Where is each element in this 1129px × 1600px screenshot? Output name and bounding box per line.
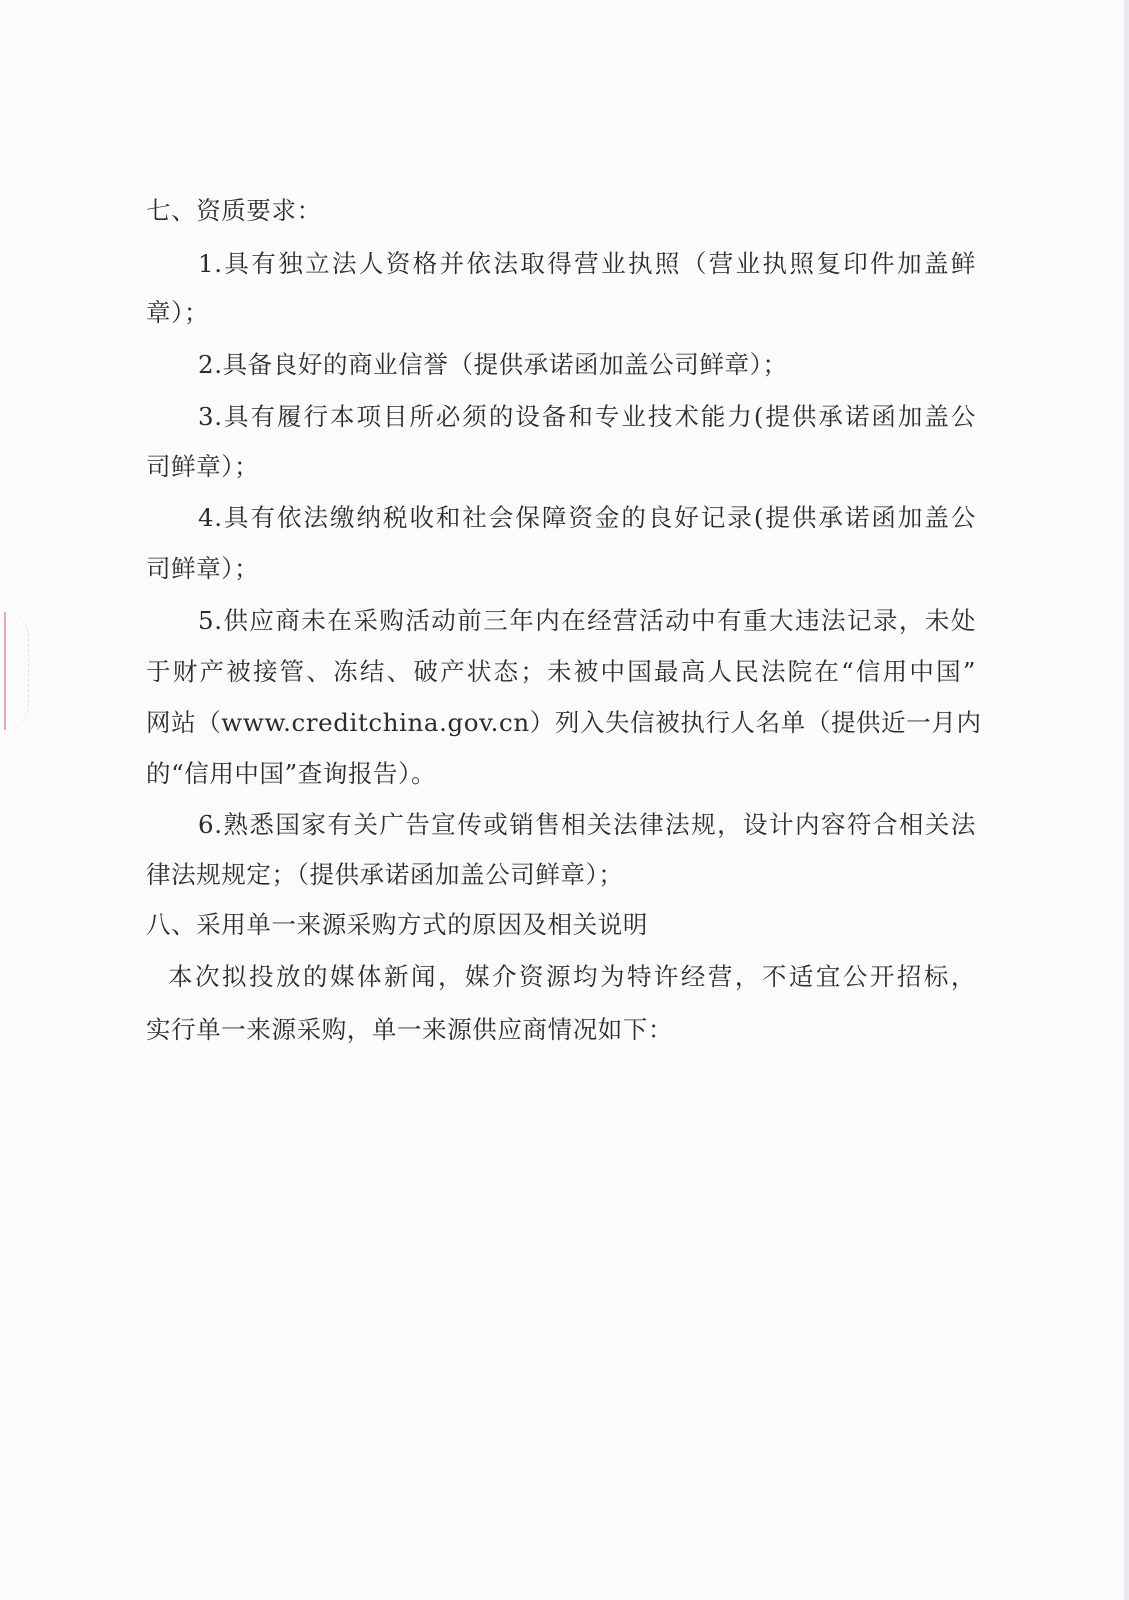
scan-edge: [1124, 0, 1129, 1600]
section-7-heading: 七、资质要求：: [146, 196, 322, 226]
requirement-4-line-1: 4.具有依法缴纳税收和社会保障资金的良好记录(提供承诺函加盖公: [198, 503, 976, 533]
requirement-3-line-1: 3.具有履行本项目所必须的设备和专业技术能力(提供承诺函加盖公: [198, 402, 976, 432]
requirement-6-line-1: 6.熟悉国家有关广告宣传或销售相关法律法规，设计内容符合相关法: [198, 810, 976, 840]
section-8-paragraph-line-2: 实行单一来源采购，单一来源供应商情况如下：: [146, 1015, 673, 1045]
requirement-4-line-2: 司鲜章）；: [146, 554, 259, 584]
requirement-5-line-1: 5.供应商未在采购活动前三年内在经营活动中有重大违法记录，未处: [198, 606, 976, 636]
requirement-5-line-3: 网站（www.creditchina.gov.cn）列入失信被执行人名单（提供近…: [146, 708, 976, 738]
requirement-1-line-2: 章）；: [146, 298, 209, 328]
requirement-1-line-1: 1.具有独立法人资格并依法取得营业执照（营业执照复印件加盖鲜: [198, 249, 976, 279]
requirement-5-line-4: 的“信用中国”查询报告）。: [146, 759, 436, 789]
section-8-paragraph-line-1: 本次拟投放的媒体新闻，媒介资源均为特许经营，不适宜公开招标，: [168, 962, 976, 992]
requirement-3-line-2: 司鲜章）；: [146, 452, 259, 482]
section-8-heading: 八、采用单一来源采购方式的原因及相关说明: [146, 910, 648, 940]
requirement-5-line-2: 于财产被接管、冻结、破产状态；未被中国最高人民法院在“信用中国”: [146, 657, 976, 687]
seal-stamp-edge: [4, 612, 29, 730]
requirement-2: 2.具备良好的商业信誉（提供承诺函加盖公司鲜章）；: [198, 350, 788, 380]
requirement-6-line-2: 律法规规定；（提供承诺函加盖公司鲜章）；: [146, 860, 624, 890]
